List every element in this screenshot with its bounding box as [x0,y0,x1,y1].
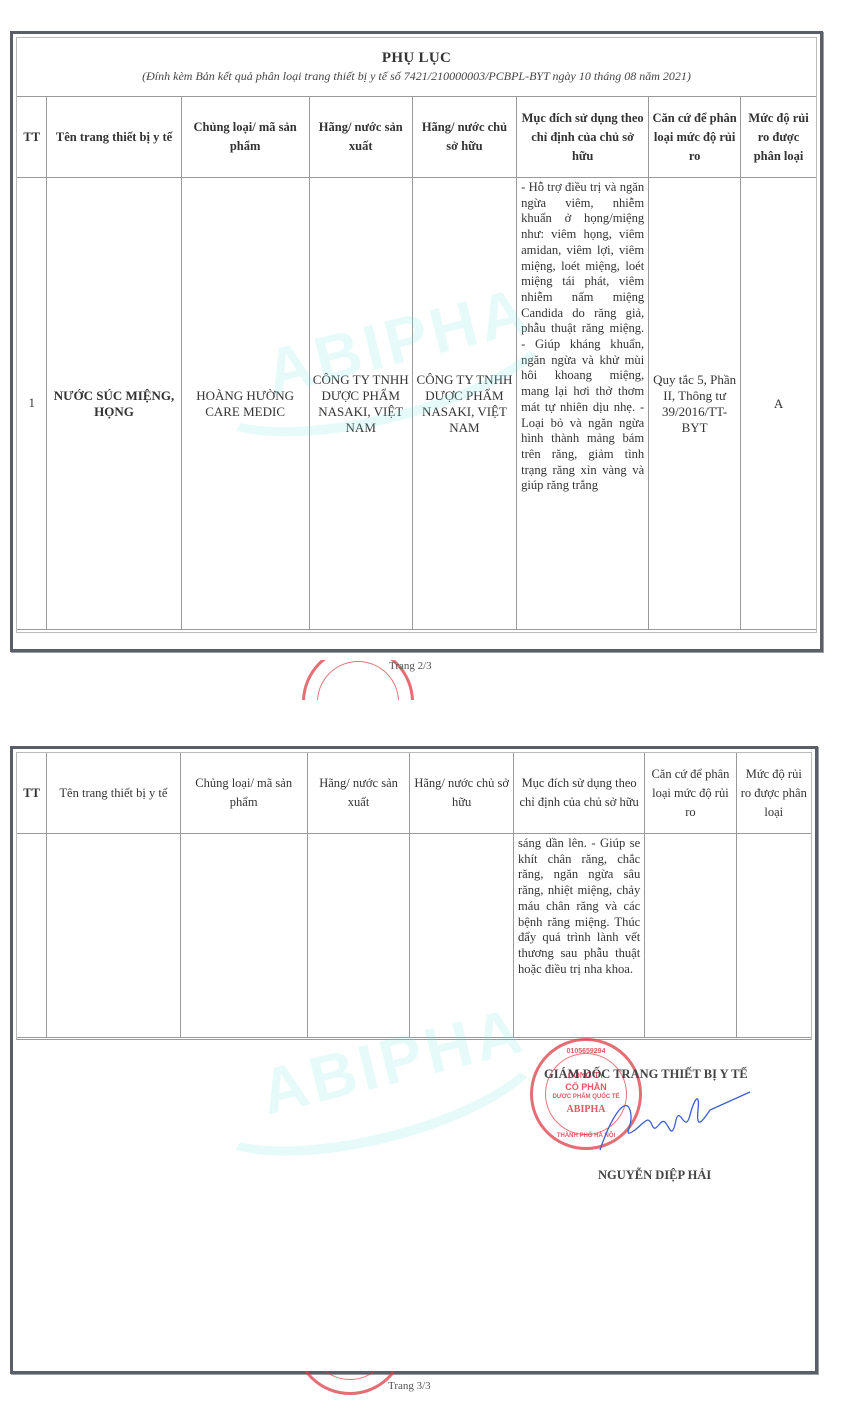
cell-risk-level [736,834,811,1038]
cell-purpose: sáng dần lên. - Giúp se khít chân răng, … [513,834,644,1038]
cell-risk-level: A [741,178,816,630]
appendix-title: PHỤ LỤC [17,38,816,67]
cell-device-name [47,834,180,1038]
page-number-2: Trang 2/3 [389,660,432,672]
header-purpose: Mục đích sử dụng theo chỉ định của chủ s… [513,753,644,834]
header-manufacturer: Hãng/ nước sản xuất [307,753,410,834]
header-owner: Hãng/ nước chủ sở hữu [410,753,514,834]
header-basis: Căn cứ để phân loại mức độ rủi ro [649,97,741,178]
cell-tt: 1 [17,178,47,630]
device-classification-table-continued: TT Tên trang thiết bị y tế Chủng loại/ m… [17,753,811,1038]
header-risk: Mức độ rủi ro được phân loại [736,753,811,834]
cell-owner [410,834,514,1038]
cell-purpose: - Hỗ trợ điều trị và ngăn ngừa viêm, nhi… [517,178,649,630]
cell-basis [645,834,736,1038]
header-model: Chủng loại/ mã sản phẩm [180,753,307,834]
header-basis: Căn cứ để phân loại mức độ rủi ro [645,753,736,834]
cell-basis: Quy tắc 5, Phần II, Thông tư 39/2016/TT-… [649,178,741,630]
device-classification-table: TT Tên trang thiết bị y tế Chủng loại/ m… [17,97,816,630]
header-purpose: Mục đích sử dụng theo chỉ định của chủ s… [517,97,649,178]
header-manufacturer: Hãng/ nước sản xuất [309,97,412,178]
cell-manufacturer [307,834,410,1038]
handwritten-signature [590,1080,760,1160]
page-frame: TT Tên trang thiết bị y tế Chủng loại/ m… [16,752,812,1040]
table-row: 1 NƯỚC SÚC MIỆNG, HỌNG HOÀNG HƯỜNG CARE … [17,178,816,630]
document-page-3: TT Tên trang thiết bị y tế Chủng loại/ m… [10,746,818,1374]
cell-owner: CÔNG TY TNHH DƯỢC PHẨM NASAKI, VIỆT NAM [412,178,516,630]
header-tt: TT [17,753,47,834]
signatory-name: NGUYỄN DIỆP HẢI [598,1168,711,1183]
cell-manufacturer: CÔNG TY TNHH DƯỢC PHẨM NASAKI, VIỆT NAM [309,178,412,630]
stamp-fragment-page3 [298,1371,394,1397]
document-page-2: PHỤ LỤC (Đính kèm Bản kết quả phân loại … [10,31,823,652]
cell-device-name: NƯỚC SÚC MIỆNG, HỌNG [47,178,181,630]
appendix-header: PHỤ LỤC (Đính kèm Bản kết quả phân loại … [17,38,816,97]
header-owner: Hãng/ nước chủ sở hữu [412,97,516,178]
page-frame: PHỤ LỤC (Đính kèm Bản kết quả phân loại … [16,37,817,633]
cell-model: HOÀNG HƯỜNG CARE MEDIC [181,178,309,630]
page-number-3: Trang 3/3 [388,1380,431,1392]
header-model: Chủng loại/ mã sản phẩm [181,97,309,178]
cell-tt [17,834,47,1038]
header-risk: Mức độ rủi ro được phân loại [741,97,816,178]
header-device-name: Tên trang thiết bị y tế [47,753,180,834]
table-header-row: TT Tên trang thiết bị y tế Chủng loại/ m… [17,97,816,178]
header-device-name: Tên trang thiết bị y tế [47,97,181,178]
header-tt: TT [17,97,47,178]
appendix-subtitle: (Đính kèm Bản kết quả phân loại trang th… [17,69,816,84]
table-row: sáng dần lên. - Giúp se khít chân răng, … [17,834,811,1038]
table-header-row: TT Tên trang thiết bị y tế Chủng loại/ m… [17,753,811,834]
cell-model [180,834,307,1038]
